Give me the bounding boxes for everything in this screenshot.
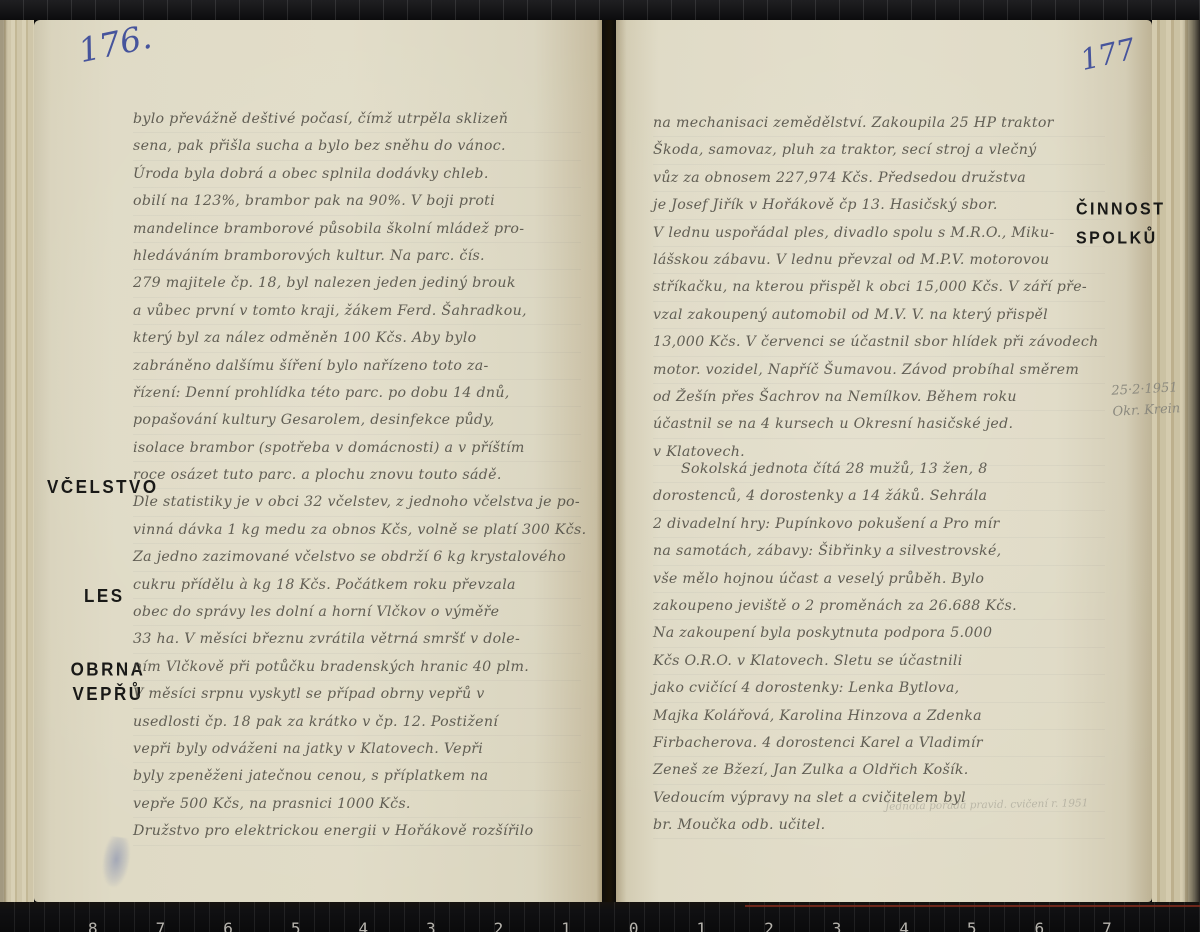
handwritten-line: V měsíci srpnu vyskytl se případ obrny v… bbox=[133, 681, 581, 708]
ruler-number: 8 bbox=[88, 919, 98, 932]
handwritten-line: popašování kultury Gesarolem, desinfekce… bbox=[133, 407, 581, 434]
handwritten-line: vše mělo hojnou účast a veselý průběh. B… bbox=[653, 566, 1105, 593]
handwritten-line: motor. vozidel, Napříč Šumavou. Závod pr… bbox=[653, 357, 1105, 384]
handwritten-line: 2 divadelní hry: Pupínkovo pokušení a Pr… bbox=[653, 511, 1105, 538]
bottom-ruler: 8765432101234567 bbox=[0, 902, 1200, 932]
handwritten-line: obilí na 123%, brambor pak na 90%. V boj… bbox=[133, 188, 581, 215]
handwritten-line: jako cvičící 4 dorostenky: Lenka Bytlova… bbox=[653, 675, 1105, 702]
handwritten-line: obec do správy les dolní a horní Vlčkov … bbox=[133, 599, 581, 626]
handwritten-line: Majka Kolářová, Karolina Hinzova a Zdenk… bbox=[653, 703, 1105, 730]
right-page-paragraph-1: na mechanisaci zemědělství. Zakoupila 25… bbox=[653, 110, 1105, 466]
handwritten-line: dorostenců, 4 dorostenky a 14 žáků. Sehr… bbox=[653, 483, 1105, 510]
handwritten-line: cukru přídělu à kg 18 Kčs. Počátkem roku… bbox=[133, 572, 581, 599]
handwritten-line: roce osázet tuto parc. a plochu znovu to… bbox=[133, 462, 581, 489]
handwritten-line: Úroda byla dobrá a obec splnila dodávky … bbox=[133, 161, 581, 188]
top-ruler bbox=[0, 0, 1200, 20]
handwritten-line: byly zpeněženi jatečnou cenou, s příplat… bbox=[133, 763, 581, 790]
ruler-number-row: 8765432101234567 bbox=[0, 914, 1200, 932]
right-page-stack-edge bbox=[1152, 20, 1200, 902]
handwritten-line: účastnil se na 4 kursech u Okresní hasič… bbox=[653, 411, 1105, 438]
chronicle-scan: 8765432101234567 176. 177 VČELSTVO LES O… bbox=[0, 0, 1200, 932]
handwritten-line: zabráněno dalšímu šíření bylo nařízeno t… bbox=[133, 353, 581, 380]
pencil-margin-note: 25·2·1951 Okr. Krein bbox=[1111, 377, 1181, 422]
handwritten-line: ním Vlčkově při potůčku bradenských hran… bbox=[133, 654, 581, 681]
ruler-number: 4 bbox=[358, 919, 368, 932]
handwritten-line: Škoda, samovaz, pluh za traktor, secí st… bbox=[653, 137, 1105, 164]
ruler-number: 7 bbox=[1102, 919, 1112, 932]
handwritten-line: vepře 500 Kčs, na prasnici 1000 Kčs. bbox=[133, 791, 581, 818]
handwritten-line: stříkačku, na kterou přispěl k obci 15,0… bbox=[653, 274, 1105, 301]
ruler-number: 1 bbox=[561, 919, 571, 932]
ruler-number: 5 bbox=[967, 919, 977, 932]
handwritten-line: hledáváním bramborových kultur. Na parc.… bbox=[133, 243, 581, 270]
ruler-number: 6 bbox=[1035, 919, 1045, 932]
handwritten-line: na samotách, zábavy: Šibřinky a silvestr… bbox=[653, 538, 1105, 565]
handwritten-line: a vůbec první v tomto kraji, žákem Ferd.… bbox=[133, 298, 581, 325]
ruler-number: 3 bbox=[426, 919, 436, 932]
handwritten-line: řízení: Denní prohlídka této parc. po do… bbox=[133, 380, 581, 407]
handwritten-line: vinná dávka 1 kg medu za obnos Kčs, voln… bbox=[133, 517, 581, 544]
handwritten-line: usedlosti čp. 18 pak za krátko v čp. 12.… bbox=[133, 709, 581, 736]
ruler-number: 1 bbox=[696, 919, 706, 932]
handwritten-line: 33 ha. V měsíci březnu zvrátila větrná s… bbox=[133, 626, 581, 653]
ruler-number: 7 bbox=[156, 919, 166, 932]
handwritten-line: Sokolská jednota čítá 28 mužů, 13 žen, 8 bbox=[653, 456, 1105, 483]
handwritten-line: 13,000 Kčs. V červenci se účastnil sbor … bbox=[653, 329, 1105, 356]
ruler-number: 2 bbox=[764, 919, 774, 932]
handwritten-line: vepři byly odváženi na jatky v Klatovech… bbox=[133, 736, 581, 763]
ruler-number: 6 bbox=[223, 919, 233, 932]
left-page-stack-edge bbox=[0, 20, 34, 902]
ruler-number: 2 bbox=[494, 919, 504, 932]
handwritten-line: Za jedno zazimované včelstvo se obdrží 6… bbox=[133, 544, 581, 571]
handwritten-line: který byl za nález odměněn 100 Kčs. Aby … bbox=[133, 325, 581, 352]
handwritten-line: od Žešín přes Šachrov na Nemílkov. Během… bbox=[653, 384, 1105, 411]
ruler-number: 5 bbox=[291, 919, 301, 932]
ruler-number: 4 bbox=[899, 919, 909, 932]
handwritten-line: bylo převážně deštivé počasí, čímž utrpě… bbox=[133, 106, 581, 133]
handwritten-line: vzal zakoupený automobil od M.V. V. na k… bbox=[653, 302, 1105, 329]
handwritten-line: 279 majitele čp. 18, byl nalezen jeden j… bbox=[133, 270, 581, 297]
handwritten-line: isolace brambor (spotřeba v domácnosti) … bbox=[133, 435, 581, 462]
handwritten-line: Dle statistiky je v obci 32 včelstev, z … bbox=[133, 489, 581, 516]
handwritten-line: Kčs O.R.O. v Klatovech. Sletu se účastni… bbox=[653, 648, 1105, 675]
handwritten-line: zakoupeno jeviště o 2 proměnách za 26.68… bbox=[653, 593, 1105, 620]
handwritten-line: mandelince bramborové působila školní ml… bbox=[133, 216, 581, 243]
left-page-text: bylo převážně deštivé počasí, čímž utrpě… bbox=[133, 106, 581, 846]
handwritten-line: vůz za obnosem 227,974 Kčs. Předsedou dr… bbox=[653, 165, 1105, 192]
handwritten-line: Zeneš ze Bžezí, Jan Zulka a Oldřich Koší… bbox=[653, 757, 1105, 784]
handwritten-line: na mechanisaci zemědělství. Zakoupila 25… bbox=[653, 110, 1105, 137]
ruler-number: 3 bbox=[832, 919, 842, 932]
handwritten-line: sena, pak přišla sucha a bylo bez sněhu … bbox=[133, 133, 581, 160]
handwritten-line: Firbacherova. 4 dorostenci Karel a Vladi… bbox=[653, 730, 1105, 757]
handwritten-line: br. Moučka odb. učitel. bbox=[653, 812, 1105, 839]
ruler-number: 0 bbox=[629, 919, 639, 932]
book-gutter bbox=[602, 20, 616, 902]
right-page-paragraph-2: Sokolská jednota čítá 28 mužů, 13 žen, 8… bbox=[653, 456, 1105, 839]
ruler-red-line bbox=[745, 905, 1200, 907]
handwritten-line: V lednu uspořádal ples, divadlo spolu s … bbox=[653, 220, 1105, 247]
handwritten-line: je Josef Jiřík v Hořákově čp 13. Hasičsk… bbox=[653, 192, 1105, 219]
handwritten-line: Na zakoupení byla poskytnuta podpora 5.0… bbox=[653, 620, 1105, 647]
handwritten-line: Družstvo pro elektrickou energii v Hořák… bbox=[133, 818, 581, 845]
margin-label-les: LES bbox=[84, 586, 125, 608]
handwritten-line: lášskou zábavu. V lednu převzal od M.P.V… bbox=[653, 247, 1105, 274]
